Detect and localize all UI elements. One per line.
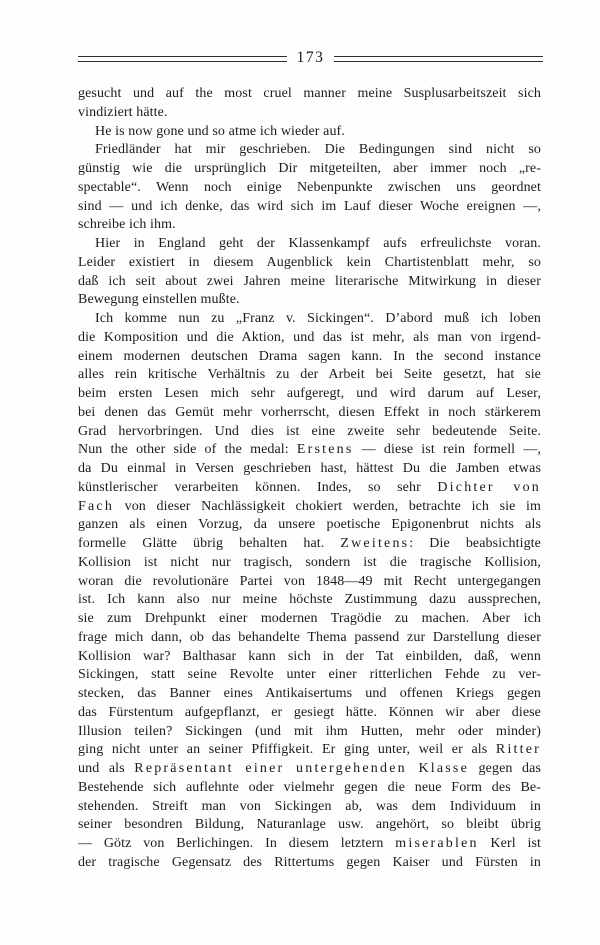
text-segment: künstlerischer verarbeiten können. Indes…: [78, 480, 437, 495]
text-segment: der tragische Gegensatz des Rittertums g…: [78, 855, 541, 870]
text-segment: Leider existiert in diesem Augenblick ke…: [78, 255, 541, 270]
text-segment: gegen das: [469, 761, 541, 776]
text-line: spectable“. Wenn noch einige Nebenpunkte…: [78, 179, 541, 198]
letterspaced-text: Fach: [78, 499, 114, 514]
letterspaced-text: miserablen: [395, 836, 478, 851]
text-segment: woran die revolutionäre Partei von 1848—…: [78, 574, 541, 589]
text-line: Friedländer hat mir geschrieben. Die Bed…: [78, 141, 541, 160]
text-segment: Ich komme nun zu „Franz v. Sickingen“. D…: [95, 311, 541, 326]
text-segment: vindiziert hätte.: [78, 105, 168, 120]
text-segment: frage mich dann, ob das behandelte Thema…: [78, 630, 541, 645]
text-segment: alles rein kritische Verhältnis zu der A…: [78, 367, 541, 382]
text-segment: — Götz von Berlichingen. In diesem letzt…: [78, 836, 395, 851]
text-segment: seiner besondren Bildung, Naturanlage us…: [78, 817, 541, 832]
text-segment: da Du einmal in Versen geschrieben hast,…: [78, 461, 541, 476]
text-segment: stehenden. Streift man von Sickingen ab,…: [78, 799, 541, 814]
text-segment: sind — und ich denke, das wird sich im L…: [78, 199, 541, 214]
header-rule-left: [78, 56, 287, 62]
text-line: Bewegung einstellen mußte.: [78, 291, 541, 310]
text-line: Nun the other side of the medal: Erstens…: [78, 441, 541, 460]
letterspaced-text: Ritter: [496, 742, 541, 757]
text-line: schreibe ich ihm.: [78, 216, 541, 235]
text-line: daß ich seit about zwei Jahren meine lit…: [78, 273, 541, 292]
text-line: Bestehende sich auflehnte oder vielmehr …: [78, 779, 541, 798]
text-line: günstig wie die ursprünglich Dir mitgete…: [78, 160, 541, 179]
text-segment: sie zum Drehpunkt einer modernen Tragödi…: [78, 611, 541, 626]
text-line: Ich komme nun zu „Franz v. Sickingen“. D…: [78, 310, 541, 329]
text-line: formelle Glätte übrig behalten hat. Zwei…: [78, 535, 541, 554]
text-line: gesucht und auf the most cruel manner me…: [78, 85, 541, 104]
text-line: Kollision ist nicht nur tragisch, sonder…: [78, 554, 541, 573]
text-segment: Kerl ist: [479, 836, 541, 851]
text-line: künstlerischer verarbeiten können. Indes…: [78, 479, 541, 498]
text-segment: Illusion teilen? Sickingen (und mit ihm …: [78, 724, 541, 739]
text-line: Fach von dieser Nachlässigkeit chokiert …: [78, 498, 541, 517]
text-segment: ganzen als einen Vorzug, da unsere poeti…: [78, 517, 541, 532]
text-segment: bei denen das Gemüt mehr vorherrscht, di…: [78, 405, 541, 420]
text-line: sie zum Drehpunkt einer modernen Tragödi…: [78, 610, 541, 629]
text-segment: stecken, das Banner eines Antikaisertums…: [78, 686, 541, 701]
text-segment: Kollision ist nicht nur tragisch, sonder…: [78, 555, 541, 570]
text-line: He is now gone und so atme ich wieder au…: [78, 123, 541, 142]
text-segment: — diese ist rein formell —,: [354, 442, 541, 457]
text-segment: Kollision war? Balthasar kann sich in de…: [78, 649, 541, 664]
text-line: stehenden. Streift man von Sickingen ab,…: [78, 798, 541, 817]
letterspaced-text: Repräsentant einer untergehenden Klasse: [134, 761, 469, 776]
text-segment: ging nicht unter an seiner Pfiffigkeit. …: [78, 742, 496, 757]
text-segment: Friedländer hat mir geschrieben. Die Bed…: [95, 142, 541, 157]
text-segment: spectable“. Wenn noch einige Nebenpunkte…: [78, 180, 541, 195]
text-line: sind — und ich denke, das wird sich im L…: [78, 198, 541, 217]
text-segment: einem modernen deutschen Drama sagen kan…: [78, 349, 541, 364]
text-segment: günstig wie die ursprünglich Dir mitgete…: [78, 161, 541, 176]
text-line: Illusion teilen? Sickingen (und mit ihm …: [78, 723, 541, 742]
text-line: einem modernen deutschen Drama sagen kan…: [78, 348, 541, 367]
text-line: Hier in England geht der Klassenkampf au…: [78, 235, 541, 254]
text-segment: He is now gone und so atme ich wieder au…: [95, 124, 345, 139]
text-line: ist. Ich kann also nur meine höchste Zus…: [78, 591, 541, 610]
text-line: bei denen das Gemüt mehr vorherrscht, di…: [78, 404, 541, 423]
text-line: beim ersten Lesen mich sehr aufgeregt, u…: [78, 385, 541, 404]
text-segment: Bestehende sich auflehnte oder vielmehr …: [78, 780, 541, 795]
letterspaced-text: Erstens: [297, 442, 354, 457]
text-segment: Grad hervorbringen. Und dies ist eine zw…: [78, 424, 541, 439]
text-segment: von dieser Nachlässigkeit chokiert werde…: [114, 499, 541, 514]
text-segment: die Komposition und die Aktion, und das …: [78, 330, 541, 345]
text-line: das Fürstentum aufgepflanzt, er gesiegt …: [78, 704, 541, 723]
book-page: 173 gesucht und auf the most cruel manne…: [0, 0, 600, 945]
text-segment: ist. Ich kann also nur meine höchste Zus…: [78, 592, 541, 607]
letterspaced-text: Dichter von: [437, 480, 541, 495]
page-text: gesucht und auf the most cruel manner me…: [78, 85, 541, 873]
text-line: — Götz von Berlichingen. In diesem letzt…: [78, 835, 541, 854]
header-rule-right: [334, 56, 543, 62]
page-header: 173: [78, 50, 543, 68]
text-segment: beim ersten Lesen mich sehr aufgeregt, u…: [78, 386, 541, 401]
text-line: ging nicht unter an seiner Pfiffigkeit. …: [78, 741, 541, 760]
text-line: da Du einmal in Versen geschrieben hast,…: [78, 460, 541, 479]
page-number: 173: [297, 49, 325, 67]
text-line: vindiziert hätte.: [78, 104, 541, 123]
text-segment: Nun the other side of the medal:: [78, 442, 297, 457]
text-segment: gesucht und auf the most cruel manner me…: [78, 86, 541, 101]
text-line: Kollision war? Balthasar kann sich in de…: [78, 648, 541, 667]
text-line: Grad hervorbringen. Und dies ist eine zw…: [78, 423, 541, 442]
text-segment: und als: [78, 761, 134, 776]
text-segment: schreibe ich ihm.: [78, 217, 176, 232]
text-segment: daß ich seit about zwei Jahren meine lit…: [78, 274, 541, 289]
text-segment: Bewegung einstellen mußte.: [78, 292, 240, 307]
text-line: ganzen als einen Vorzug, da unsere poeti…: [78, 516, 541, 535]
text-segment: formelle Glätte übrig behalten hat.: [78, 536, 340, 551]
text-line: Leider existiert in diesem Augenblick ke…: [78, 254, 541, 273]
text-line: stecken, das Banner eines Antikaisertums…: [78, 685, 541, 704]
text-segment: : Die beabsichtigte: [409, 536, 541, 551]
letterspaced-text: Zweitens: [340, 536, 409, 551]
text-line: alles rein kritische Verhältnis zu der A…: [78, 366, 541, 385]
text-line: woran die revolutionäre Partei von 1848—…: [78, 573, 541, 592]
text-line: Sickingen, statt seine Revolte unter ein…: [78, 666, 541, 685]
text-line: frage mich dann, ob das behandelte Thema…: [78, 629, 541, 648]
text-segment: Hier in England geht der Klassenkampf au…: [95, 236, 541, 251]
text-segment: das Fürstentum aufgepflanzt, er gesiegt …: [78, 705, 541, 720]
text-line: die Komposition und die Aktion, und das …: [78, 329, 541, 348]
text-line: und als Repräsentant einer untergehenden…: [78, 760, 541, 779]
text-segment: Sickingen, statt seine Revolte unter ein…: [78, 667, 541, 682]
text-line: der tragische Gegensatz des Rittertums g…: [78, 854, 541, 873]
text-line: seiner besondren Bildung, Naturanlage us…: [78, 816, 541, 835]
